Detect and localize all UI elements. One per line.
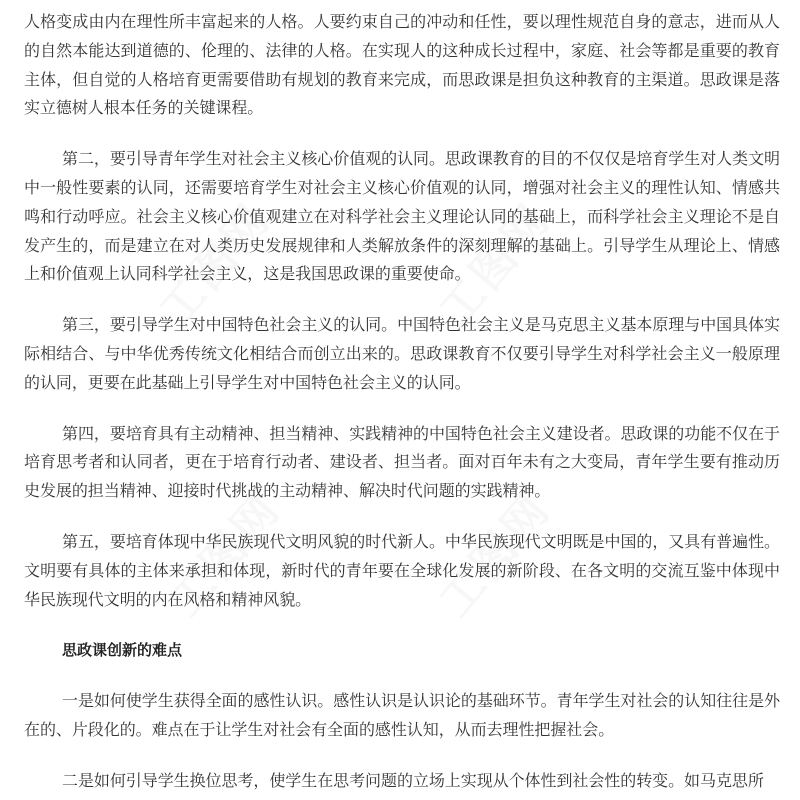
paragraph-gap <box>24 289 780 311</box>
paragraph: 第五，要培育体现中华民族现代文明风貌的时代新人。中华民族现代文明既是中国的，又具… <box>24 528 780 614</box>
article-body: 人格变成由内在理性所丰富起来的人格。人要约束自己的冲动和任性，要以理性规范自身的… <box>24 8 780 796</box>
paragraph-gap <box>24 506 780 528</box>
paragraph-gap <box>24 614 780 636</box>
section-heading: 思政课创新的难点 <box>24 636 780 665</box>
paragraph-gap <box>24 123 780 145</box>
paragraph: 第三，要引导学生对中国特色社会主义的认同。中国特色社会主义是马克思主义基本原理与… <box>24 311 780 397</box>
paragraph: 人格变成由内在理性所丰富起来的人格。人要约束自己的冲动和任性，要以理性规范自身的… <box>24 8 780 123</box>
paragraph: 二是如何引导学生换位思考，使学生在思考问题的立场上实现从个体性到社会性的转变。如… <box>24 767 780 796</box>
paragraph-gap <box>24 398 780 420</box>
paragraph: 第四，要培育具有主动精神、担当精神、实践精神的中国特色社会主义建设者。思政课的功… <box>24 420 780 506</box>
paragraph: 第二，要引导青年学生对社会主义核心价值观的认同。思政课教育的目的不仅仅是培育学生… <box>24 145 780 289</box>
paragraph-gap <box>24 665 780 687</box>
paragraph: 一是如何使学生获得全面的感性认识。感性认识是认识论的基础环节。青年学生对社会的认… <box>24 687 780 745</box>
paragraph-gap <box>24 745 780 767</box>
